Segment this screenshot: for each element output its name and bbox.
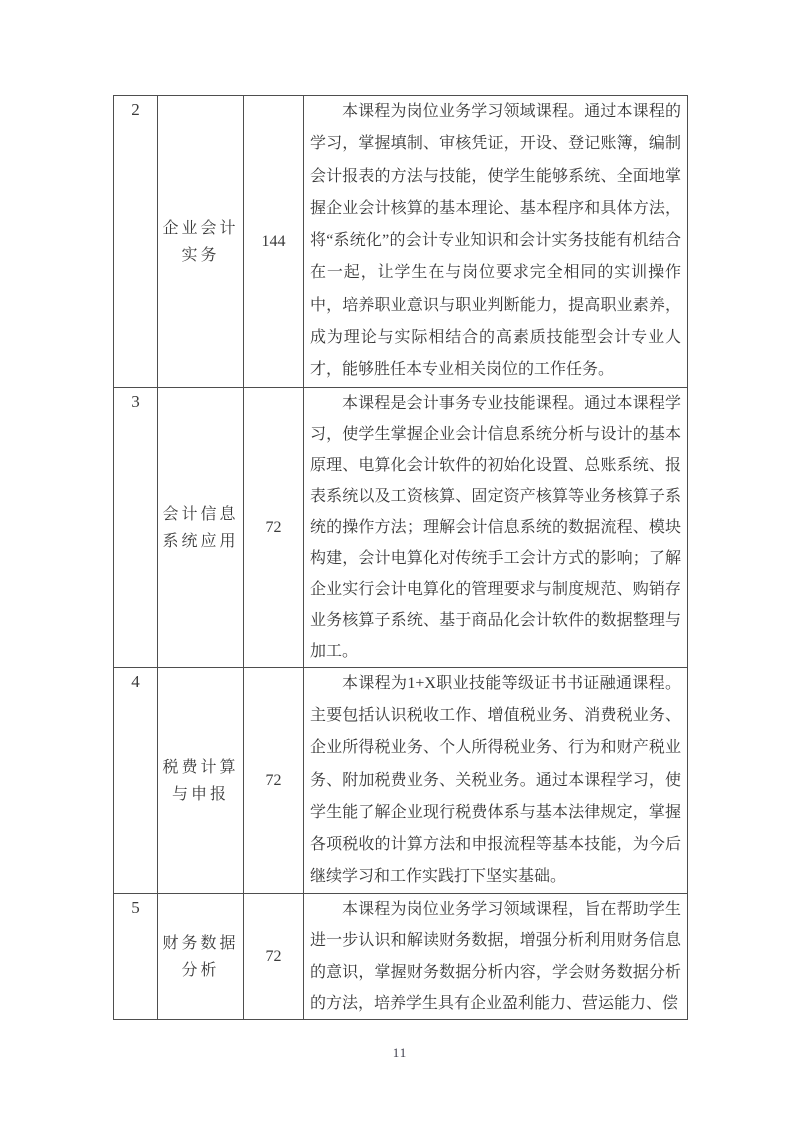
- row-number: 2: [131, 100, 140, 119]
- hours-value: 144: [262, 233, 286, 250]
- course-name-line1: 税费计算: [158, 754, 243, 781]
- description-clip: 本课程为岗位业务学习领域课程。通过本课程的学习，掌握填制、审核凭证，开设、登记账…: [310, 96, 681, 387]
- hours-value: 72: [266, 948, 282, 965]
- table-row: 2 企业会计 实务 144 本课程为岗位业务学习领域课程。通过本课程的学习，掌握…: [114, 96, 688, 388]
- table-row: 5 财务数据 分析 72 本课程为岗位业务学习领域课程，旨在帮助学生进一步认识和…: [114, 894, 688, 1020]
- row-number-cell: 5: [114, 894, 158, 1020]
- course-name-cell: 税费计算 与申报: [158, 668, 244, 894]
- course-name-line2: 实务: [158, 242, 243, 269]
- course-name-line1: 财务数据: [158, 930, 243, 957]
- table-row: 4 税费计算 与申报 72 本课程为1+X职业技能等级证书书证融通课程。主要包括…: [114, 668, 688, 894]
- description-cell: 本课程为岗位业务学习领域课程，旨在帮助学生进一步认识和解读财务数据，增强分析利用…: [304, 894, 688, 1020]
- table-row: 3 会计信息 系统应用 72 本课程是会计事务专业技能课程。通过本课程学习，使学…: [114, 388, 688, 668]
- course-table: 2 企业会计 实务 144 本课程为岗位业务学习领域课程。通过本课程的学习，掌握…: [113, 95, 688, 1020]
- row-number-cell: 4: [114, 668, 158, 894]
- description-cell: 本课程为岗位业务学习领域课程。通过本课程的学习，掌握填制、审核凭证，开设、登记账…: [304, 96, 688, 388]
- page-number: 11: [0, 1045, 800, 1061]
- description-text: 本课程是会计事务专业技能课程。通过本课程学习，使学生掌握企业会计信息系统分析与设…: [310, 388, 681, 667]
- course-name-cell: 财务数据 分析: [158, 894, 244, 1020]
- course-name-line1: 企业会计: [158, 215, 243, 242]
- description-clip: 本课程为岗位业务学习领域课程，旨在帮助学生进一步认识和解读财务数据，增强分析利用…: [310, 894, 681, 1019]
- description-text: 本课程为岗位业务学习领域课程。通过本课程的学习，掌握填制、审核凭证，开设、登记账…: [310, 96, 681, 387]
- hours-value: 72: [266, 519, 282, 536]
- hours-cell: 144: [244, 96, 304, 388]
- description-cell: 本课程为1+X职业技能等级证书书证融通课程。主要包括认识税收工作、增值税业务、消…: [304, 668, 688, 894]
- course-name-cell: 会计信息 系统应用: [158, 388, 244, 668]
- description-cell: 本课程是会计事务专业技能课程。通过本课程学习，使学生掌握企业会计信息系统分析与设…: [304, 388, 688, 668]
- description-clip: 本课程为1+X职业技能等级证书书证融通课程。主要包括认识税收工作、增值税业务、消…: [310, 668, 681, 893]
- hours-cell: 72: [244, 894, 304, 1020]
- description-text: 本课程为1+X职业技能等级证书书证融通课程。主要包括认识税收工作、增值税业务、消…: [310, 668, 681, 893]
- course-name-cell: 企业会计 实务: [158, 96, 244, 388]
- hours-cell: 72: [244, 668, 304, 894]
- row-number-cell: 2: [114, 96, 158, 388]
- course-name-line2: 与申报: [158, 781, 243, 808]
- description-clip: 本课程是会计事务专业技能课程。通过本课程学习，使学生掌握企业会计信息系统分析与设…: [310, 388, 681, 667]
- row-number: 5: [131, 898, 140, 917]
- row-number: 4: [131, 672, 140, 691]
- course-name-line2: 分析: [158, 957, 243, 984]
- hours-value: 72: [266, 772, 282, 789]
- course-name-line1: 会计信息: [158, 501, 243, 528]
- description-text: 本课程为岗位业务学习领域课程，旨在帮助学生进一步认识和解读财务数据，增强分析利用…: [310, 894, 681, 1019]
- document-page: 2 企业会计 实务 144 本课程为岗位业务学习领域课程。通过本课程的学习，掌握…: [0, 0, 800, 1131]
- course-name-line2: 系统应用: [158, 528, 243, 555]
- row-number: 3: [131, 392, 140, 411]
- hours-cell: 72: [244, 388, 304, 668]
- row-number-cell: 3: [114, 388, 158, 668]
